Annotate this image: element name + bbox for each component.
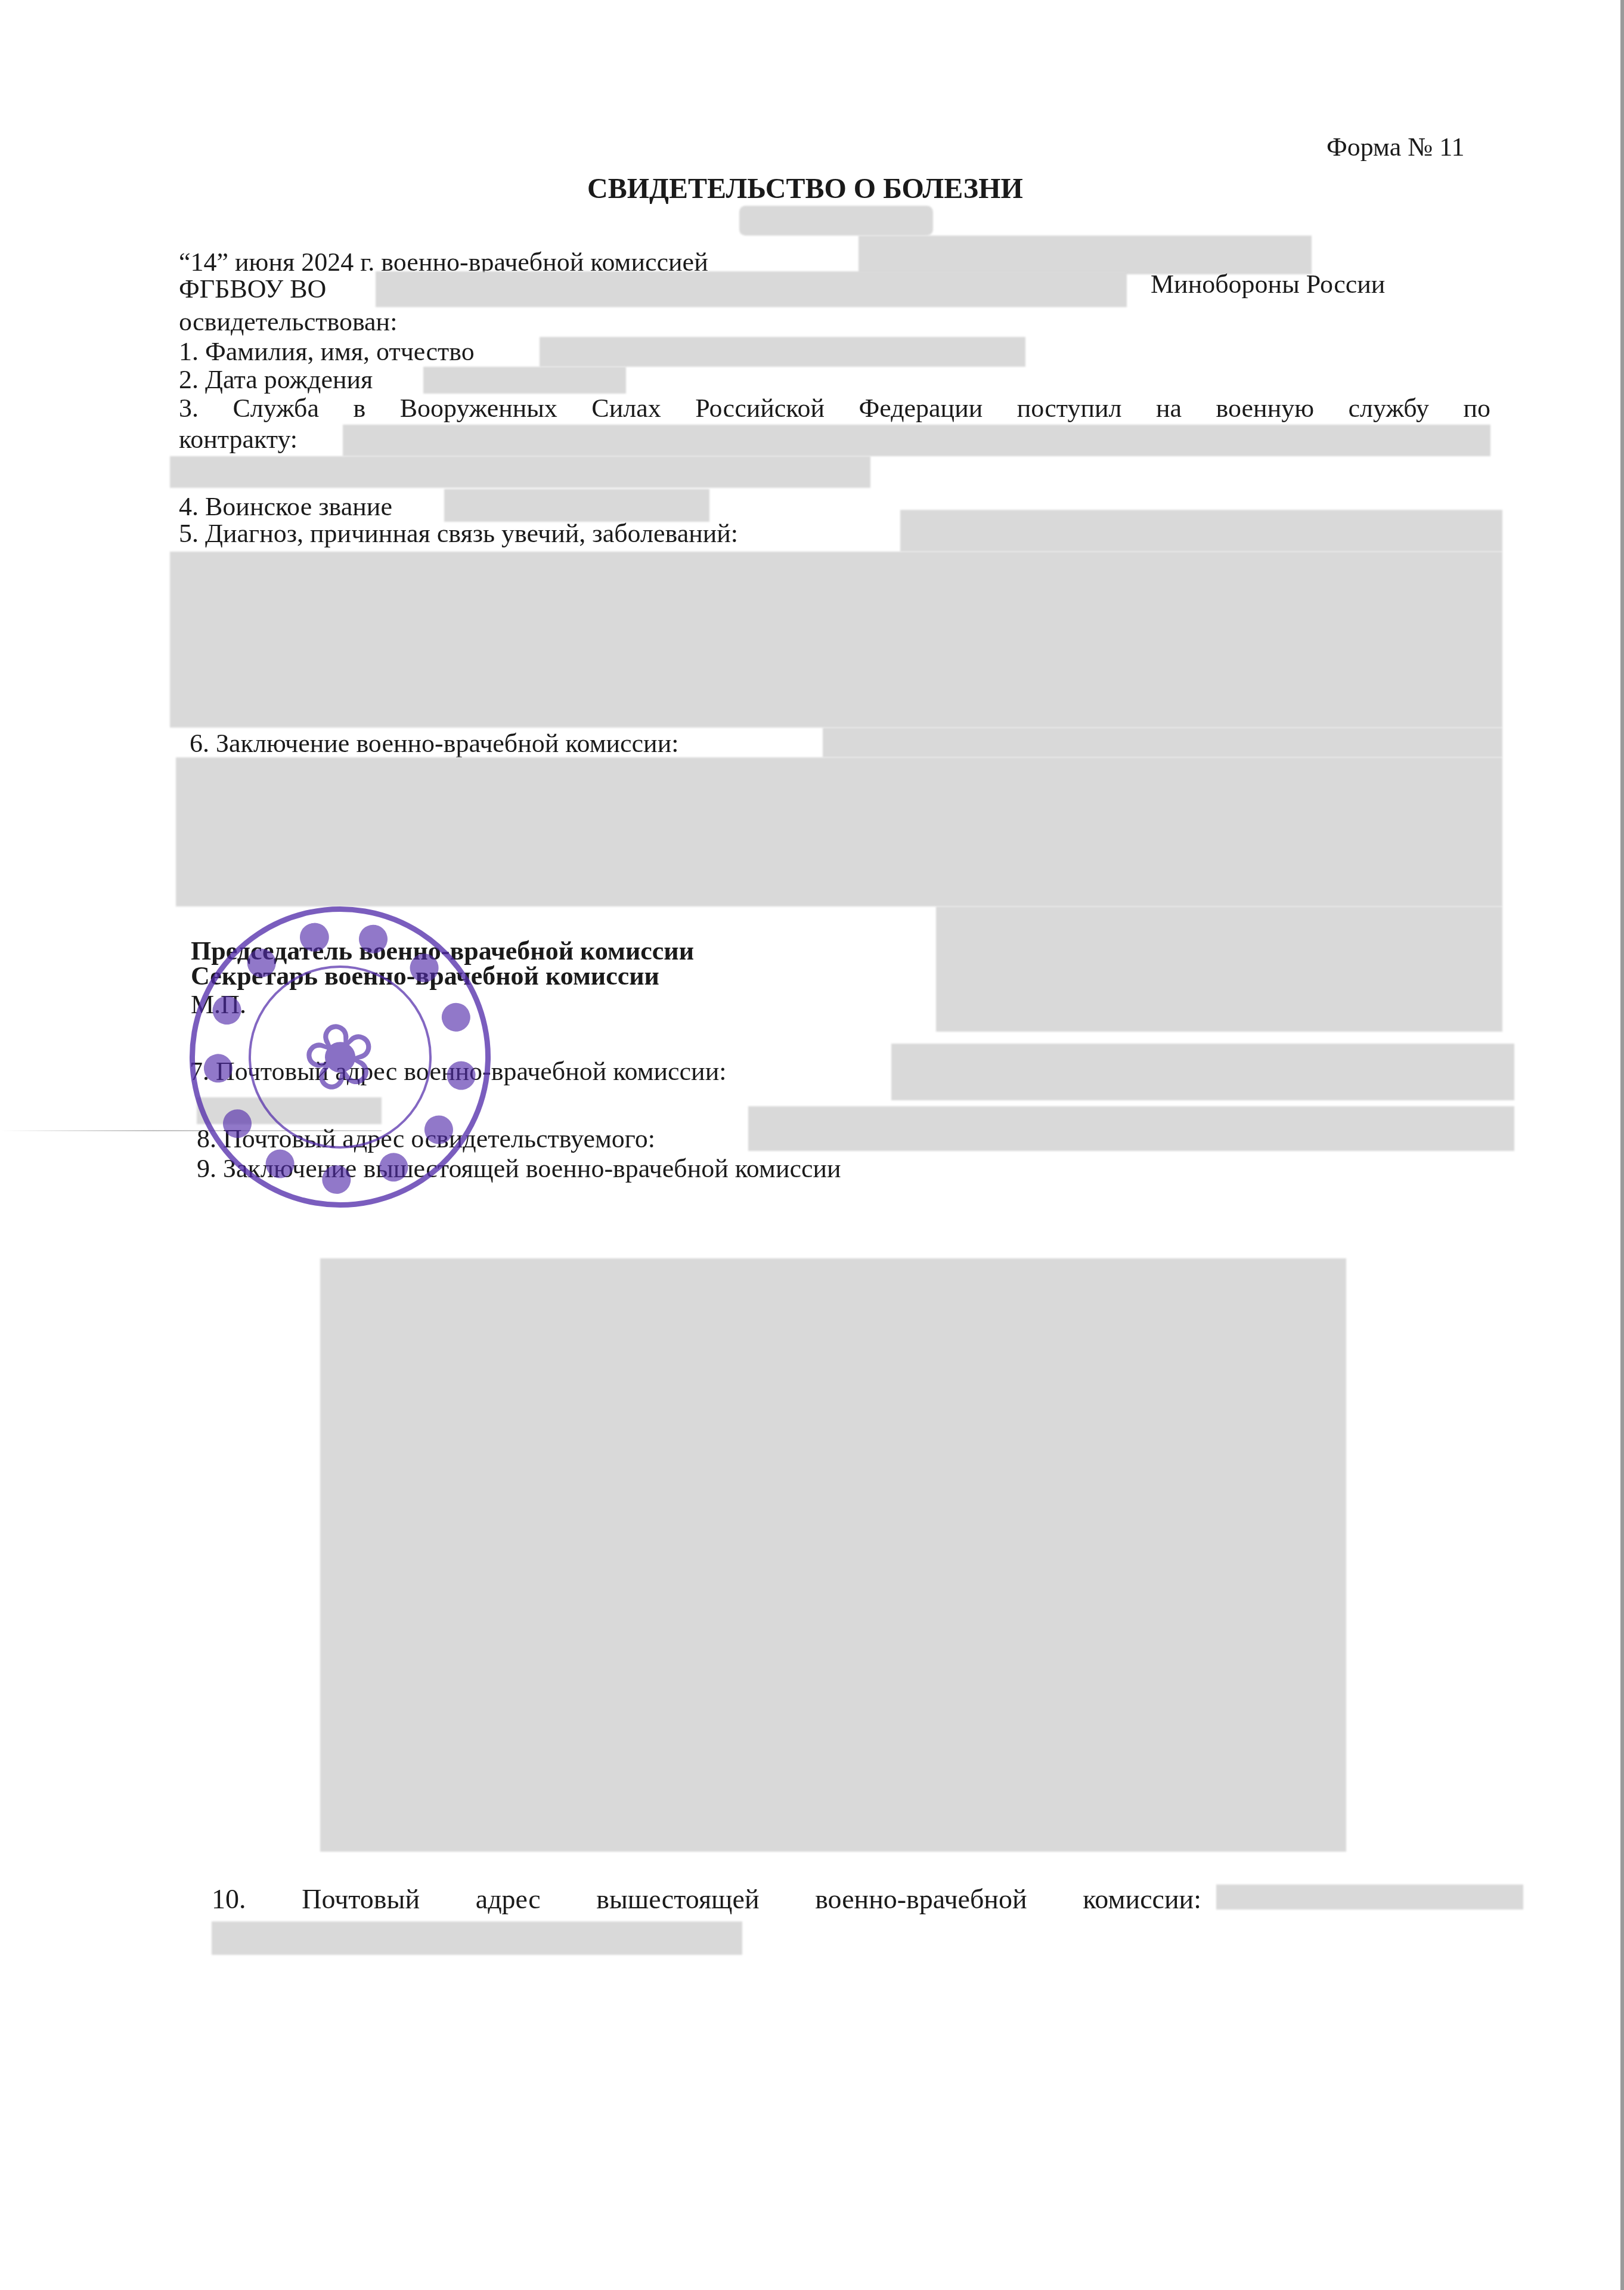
item-1-label: 1. Фамилия, имя, отчество bbox=[179, 337, 475, 367]
item-5-label: 5. Диагноз, причинная связь увечий, забо… bbox=[179, 519, 738, 549]
document-page: Форма № 11 СВИДЕТЕЛЬСТВО О БОЛЕЗНИ “14” … bbox=[0, 0, 1624, 2290]
item-10-label: 10. Почтовый адрес вышестоящей военно-вр… bbox=[212, 1884, 1201, 1914]
redacted-diagnosis-head bbox=[900, 510, 1502, 552]
redacted-rank bbox=[444, 489, 709, 522]
redacted-conclusion-head bbox=[823, 728, 1502, 757]
redacted-commission-address bbox=[891, 1044, 1514, 1100]
redacted-full-name bbox=[540, 337, 1025, 367]
redacted-diagnosis-body bbox=[170, 552, 1502, 728]
item-4-label: 4. Воинское звание bbox=[179, 492, 392, 522]
redacted-higher-commission-conclusion bbox=[320, 1258, 1346, 1852]
redacted-higher-commission-address-2 bbox=[212, 1921, 742, 1955]
redacted-examinee-address bbox=[748, 1106, 1514, 1151]
redacted-service-line-1 bbox=[343, 425, 1490, 456]
intro-examined: освидетельствован: bbox=[179, 307, 397, 337]
item-9-label: 9. Заключение вышестоящей военно-врачебн… bbox=[197, 1154, 841, 1184]
item-8-label: 8. Почтовый адрес освидетельствуемого: bbox=[197, 1124, 655, 1154]
redacted-service-line-2 bbox=[170, 456, 870, 488]
intro-org-suffix: Минобороны России bbox=[1151, 270, 1385, 299]
document-title: СВИДЕТЕЛЬСТВО О БОЛЕЗНИ bbox=[587, 174, 1023, 204]
item-7-label: 7. Почтовый адрес военно-врачебной комис… bbox=[190, 1057, 726, 1087]
secretary-signature-label: Секретарь военно-врачебной комиссии bbox=[191, 961, 659, 991]
redacted-commission-address-2 bbox=[197, 1097, 382, 1124]
item-3-label: 3. Служба в Вооруженных Силах Российской… bbox=[179, 394, 1490, 423]
item-3-continuation: контракту: bbox=[179, 425, 297, 454]
redacted-higher-commission-address bbox=[1216, 1884, 1523, 1910]
redacted-signatures bbox=[936, 906, 1502, 1032]
redacted-birth-date bbox=[423, 367, 626, 394]
redacted-commission-name bbox=[859, 236, 1312, 274]
form-number: Форма № 11 bbox=[1327, 132, 1465, 162]
seal-mark: М.П. bbox=[191, 990, 246, 1020]
item-6-label: 6. Заключение военно-врачебной комиссии: bbox=[190, 729, 678, 759]
redacted-organization bbox=[376, 271, 1127, 307]
redacted-conclusion-body bbox=[176, 757, 1502, 906]
redacted-subtitle bbox=[739, 206, 933, 236]
intro-org-prefix: ФГБВОУ ВО bbox=[179, 274, 326, 304]
scan-edge bbox=[1620, 0, 1624, 2290]
item-2-label: 2. Дата рождения bbox=[179, 365, 373, 395]
